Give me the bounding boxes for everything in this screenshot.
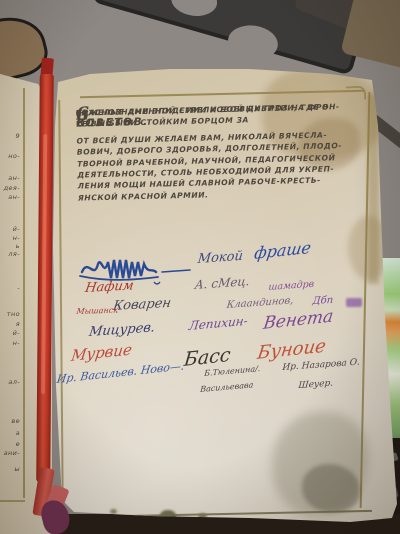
page-frame-line-left [58, 100, 64, 508]
signature: Мицурев. [88, 320, 156, 340]
left-page-text-fragment: дея- [1, 184, 20, 192]
left-page-text-fragment: тно [1, 310, 20, 318]
left-page-text-fragment: а [1, 429, 20, 437]
gray-stain [302, 464, 360, 512]
left-page-text-fragment: н- [1, 234, 20, 242]
signature: А. сМец. [194, 274, 250, 292]
left-page-text-fragment: ал- [1, 378, 20, 386]
signature: Васильевава [200, 380, 254, 394]
left-page-text-fragment: но- [1, 152, 20, 160]
signature: Лепихин- [188, 314, 249, 333]
photo-scene: 9 но- ан- дея- ан- й- н- ь ля- - тно я й… [0, 0, 400, 534]
signature: Шеуер. [298, 379, 333, 391]
left-page-text-fragment: я [1, 320, 20, 328]
left-page-text-fragment: н- [1, 339, 20, 347]
signature: Мокой [197, 249, 244, 267]
signature: Венета [262, 306, 335, 334]
signature: шамадрв [268, 279, 315, 293]
left-page-text-fragment: ля- [1, 250, 20, 258]
left-page-border-line [23, 88, 25, 498]
left-page-text-fragment: ы [1, 465, 20, 473]
signature: Коварен [112, 296, 172, 314]
left-page-text-fragment: ь [1, 242, 20, 250]
left-page-text-fragment: ани- [1, 449, 20, 457]
signature: Дбп [312, 295, 334, 307]
carpet-pattern-hole [226, 22, 280, 63]
left-page-border-corner [0, 500, 25, 502]
left-page-text-fragment: ан- [1, 193, 20, 201]
left-page-text-fragment: е [1, 440, 20, 448]
left-page-text-fragment: ан- [1, 174, 20, 182]
left-page-text-fragment: ве [1, 417, 20, 425]
left-page-text-fragment: 9 [1, 132, 20, 140]
left-page-text-fragment: й- [1, 329, 20, 337]
album-page: 6 ой Краснознаменной стрелковой дивизии,… [50, 66, 398, 524]
signature: Мурвие [70, 340, 133, 365]
signature: Клаандинов, [226, 295, 294, 311]
ink-smudge [346, 298, 362, 307]
signature: Нафим [84, 278, 135, 296]
signature: фраше [253, 238, 312, 263]
left-page-text-fragment: - [1, 284, 20, 292]
dirt-spot [110, 509, 117, 514]
ribbon-highlight [41, 134, 47, 394]
signature: Мышанск [76, 306, 119, 316]
left-page-text-fragment: й- [1, 225, 20, 233]
carpet-pattern-hole [169, 0, 219, 19]
